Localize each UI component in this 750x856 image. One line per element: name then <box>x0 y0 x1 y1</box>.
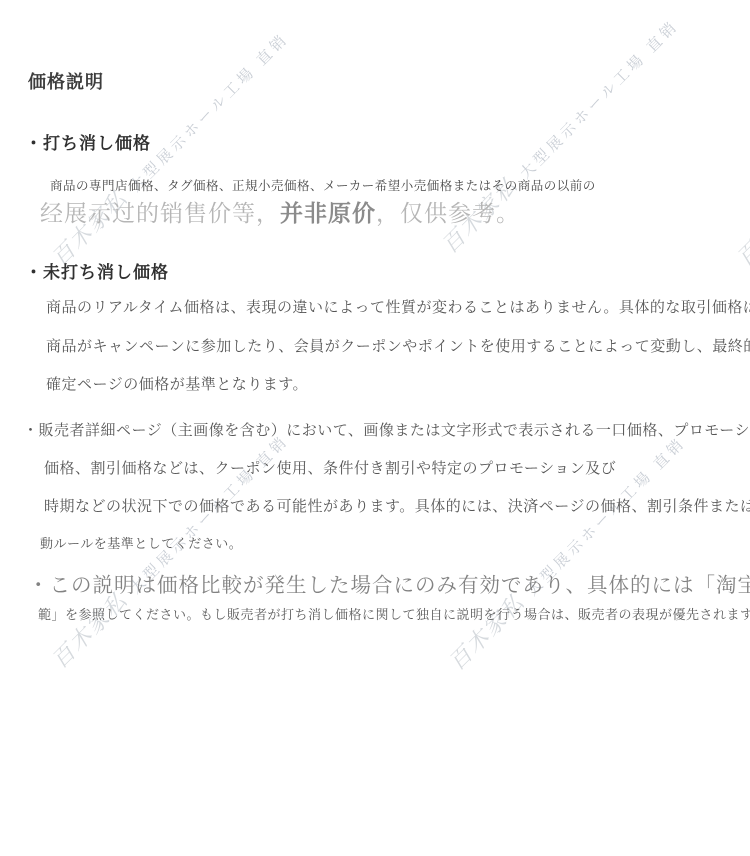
strike-price-desc-cn: 经展示过的销售价等，并非原价，仅供参考。 <box>40 195 520 228</box>
nonstrike-line-1: 商品のリアルタイム価格は、表現の違いによって性質が変わることはありません。具体的… <box>46 296 750 317</box>
strike-price-desc-cn-pre: 经展示过的销售价等， <box>40 200 280 226</box>
nonstrike-price-heading: ・未打ち消し価格 <box>25 258 169 283</box>
seller-line-1: ・販売者詳細ページ（主画像を含む）において、画像または文字形式で表示される一口価… <box>23 419 750 440</box>
note-line-2: 範」を参照してください。もし販売者が打ち消し価格に関して独自に説明を行う場合は、… <box>38 604 750 623</box>
note-line-1: ・この説明は価格比較が発生した場合にのみ有効であり、具体的には「淘宝価格発 <box>28 568 750 598</box>
watermark-brand-script: 百木家私 <box>733 186 750 272</box>
watermark-brand-text: 大型展示ホール工場 直销 <box>127 30 292 195</box>
strike-price-heading: ・打ち消し価格 <box>25 129 151 154</box>
watermark-brand-script: 百木家私 <box>48 588 134 674</box>
nonstrike-line-3: 確定ページの価格が基準となります。 <box>46 373 308 394</box>
page-title: 価格説明 <box>28 68 104 94</box>
strike-price-desc-cn-post: ，仅供参考。 <box>376 200 520 226</box>
strike-price-desc-cn-bold: 并非原价 <box>280 200 376 226</box>
seller-line-2: 価格、割引価格などは、クーポン使用、条件付き割引や特定のプロモーション及び <box>44 457 616 478</box>
nonstrike-line-2: 商品がキャンペーンに参加したり、会員がクーポンやポイントを使用することによって変… <box>46 335 750 356</box>
price-explanation-page: 百木家私大型展示ホール工場 直销 百木家私大型展示ホール工場 直销 百木家私大型… <box>0 0 750 856</box>
watermark-brand-text: 大型展示ホール工場 直销 <box>517 17 682 182</box>
watermark: 百木家私大型展示ホール工場 直销 <box>729 22 750 272</box>
seller-line-4: 動ルールを基準としてください。 <box>40 533 242 552</box>
seller-line-3: 時期などの状況下での価格である可能性があります。具体的には、決済ページの価格、割… <box>44 495 750 516</box>
strike-price-desc-ja: 商品の専門店価格、タグ価格、正規小売価格、メーカー希望小売価格またはその商品の以… <box>50 176 596 194</box>
